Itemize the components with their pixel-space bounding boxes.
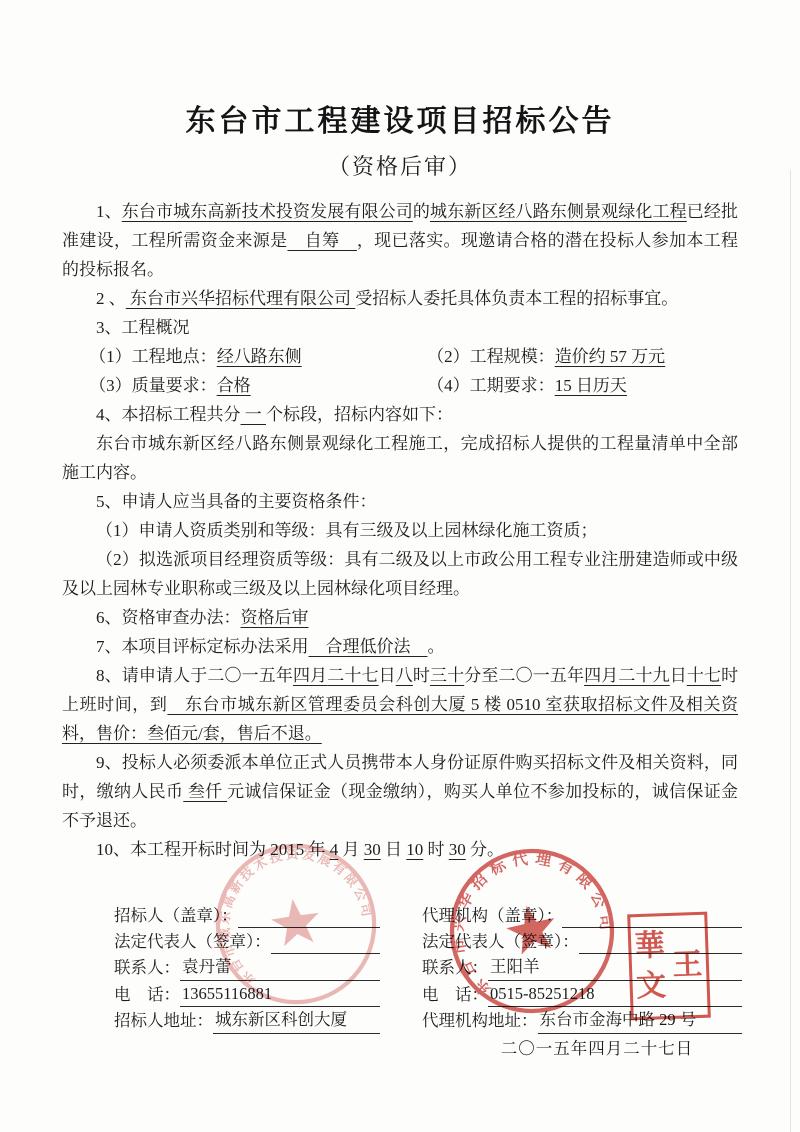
agency-phone-row: 电 话： 0515-85251218 [422, 981, 742, 1008]
para-5-1: （1）申请人资质类别和等级：具有三级及以上园林绿化施工资质； [62, 516, 738, 545]
document-body: 1、东台市城东高新技术投资发展有限公司的城东新区经八路东侧景观绿化工程已经批准建… [62, 197, 738, 864]
tenderer-seal-row: 招标人（盖章）： [114, 902, 380, 928]
agency-address-row: 代理机构地址： 东台市金海中路 29 号 [422, 1007, 742, 1034]
agency-contact-name: 王阳羊 [488, 954, 742, 981]
para-2: 2 、 东台市兴华招标代理有限公司 受招标人委托具体负责本工程的招标事宜。 [62, 284, 738, 313]
agency-address: 东台市金海中路 29 号 [538, 1007, 743, 1034]
project-location: （1）工程地点：经八路东侧 [62, 342, 400, 371]
tenderer-address-row: 招标人地址： 城东新区科创大厦 [114, 1007, 380, 1034]
para-3: 3、工程概况 [62, 313, 738, 342]
para-10: 10、本工程开标时间为 2015 年 4 月 30 日 10 时 30 分。 [62, 835, 738, 864]
quality-requirement: （3）质量要求：合格 [62, 371, 400, 400]
tenderer-seal-blank [238, 902, 380, 928]
overview-row-2: （3）质量要求：合格 （4）工期要求：15 日历天 [62, 371, 738, 400]
para-8: 8、请申请人于二〇一五年四月二十七日八时三十分至二〇一五年四月二十九日十七时上班… [62, 661, 738, 748]
para-5-2: （2）拟选派项目经理资质等级：具有二级及以上市政公用工程专业注册建造师或中级及以… [62, 545, 738, 603]
agency-representative-blank [579, 928, 742, 954]
tenderer-contact-name: 袁丹蕾 [180, 954, 380, 981]
page-subtitle: （资格后审） [62, 150, 738, 181]
para-6: 6、资格审查办法：资格后审 [62, 603, 738, 632]
tenderer-representative-row: 法定代表人（签章）： [114, 928, 380, 954]
para-4b: 东台市城东新区经八路东侧景观绿化工程施工，完成招标人提供的工程量清单中全部施工内… [62, 429, 738, 487]
duration-requirement: （4）工期要求：15 日历天 [400, 371, 738, 400]
tenderer-representative-blank [271, 928, 380, 954]
agency-phone-number: 0515-85251218 [488, 981, 742, 1008]
agency-contact-block: 代理机构（盖章）： 法定代表人（签章）： 联系人： 王阳羊 电 话： 0515-… [380, 902, 742, 1061]
project-scale: （2）工程规模：造价约 57 万元 [400, 342, 738, 371]
signature-footer: 招标人（盖章）： 法定代表人（签章）： 联系人： 袁丹蕾 电 话： 136551… [62, 902, 742, 1061]
para-7: 7、本项目评标定标办法采用 合理低价法 。 [62, 632, 738, 661]
tenderer-phone-number: 13655116881 [180, 981, 380, 1008]
tenderer-phone-row: 电 话： 13655116881 [114, 981, 380, 1008]
agency-seal-row: 代理机构（盖章）： [422, 902, 742, 928]
agency-seal-blank [562, 902, 742, 928]
agency-representative-row: 法定代表人（签章）： [422, 928, 742, 954]
page-title: 东台市工程建设项目招标公告 [62, 96, 738, 140]
tenderer-contact-row: 联系人： 袁丹蕾 [114, 954, 380, 981]
announcement-date: 二〇一五年四月二十七日 [422, 1036, 742, 1062]
tenderer-address: 城东新区科创大厦 [213, 1007, 380, 1034]
tenderer-contact-block: 招标人（盖章）： 法定代表人（签章）： 联系人： 袁丹蕾 电 话： 136551… [62, 902, 380, 1061]
agency-contact-row: 联系人： 王阳羊 [422, 954, 742, 981]
para-4: 4、本招标工程共分 一 个标段，招标内容如下： [62, 400, 738, 429]
para-9: 9、投标人必须委派本单位正式人员携带本人身份证原件购买招标文件及相关资料，同时，… [62, 748, 738, 835]
overview-row-1: （1）工程地点：经八路东侧 （2）工程规模：造价约 57 万元 [62, 342, 738, 371]
para-1: 1、东台市城东高新技术投资发展有限公司的城东新区经八路东侧景观绿化工程已经批准建… [62, 197, 738, 284]
announcement-document: 东台市工程建设项目招标公告 （资格后审） 1、东台市城东高新技术投资发展有限公司… [0, 0, 800, 864]
document-page: 东台市工程建设项目招标公告 （资格后审） 1、东台市城东高新技术投资发展有限公司… [0, 0, 800, 1132]
para-5: 5、申请人应当具备的主要资格条件： [62, 487, 738, 516]
